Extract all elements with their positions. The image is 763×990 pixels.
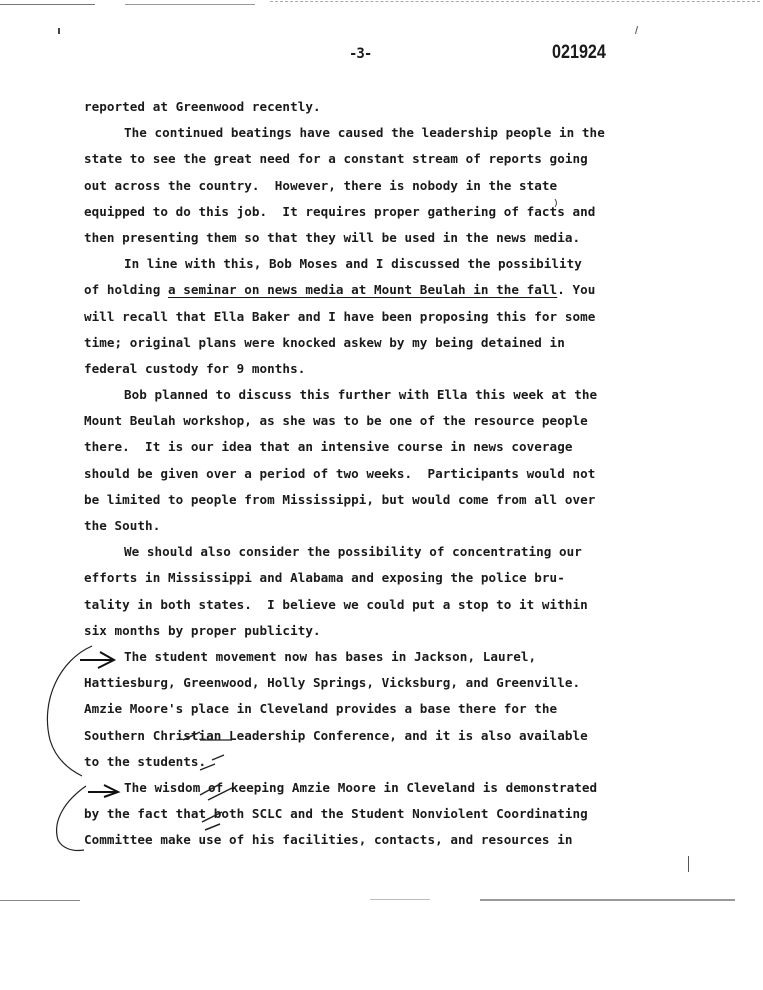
scan-artifact-line <box>0 900 80 901</box>
text-line: to the students. <box>84 749 644 775</box>
text-line: Committee make use of his facilities, co… <box>84 827 644 853</box>
scan-artifact-line <box>270 1 760 2</box>
scan-artifact-line <box>370 899 430 900</box>
text-line: reported at Greenwood recently. <box>84 94 644 120</box>
scan-artifact-line <box>0 4 95 5</box>
text-line: equipped to do this job. It requires pro… <box>84 199 644 225</box>
scan-artifact-mark <box>635 26 638 34</box>
text-line: be limited to people from Mississippi, b… <box>84 487 644 513</box>
text-line: In line with this, Bob Moses and I discu… <box>84 251 644 277</box>
text-line: then presenting them so that they will b… <box>84 225 644 251</box>
text-line: We should also consider the possibility … <box>84 539 644 565</box>
text-line: The student movement now has bases in Ja… <box>84 644 644 670</box>
margin-bracket-lower-icon <box>57 786 86 851</box>
page-number: -3- <box>349 46 371 62</box>
text-line: six months by proper publicity. <box>84 618 644 644</box>
text-line: The continued beatings have caused the l… <box>84 120 644 146</box>
text-line: should be given over a period of two wee… <box>84 461 644 487</box>
text-line: by the fact that both SCLC and the Stude… <box>84 801 644 827</box>
text-line: time; original plans were knocked askew … <box>84 330 644 356</box>
text-line: Amzie Moore's place in Cleveland provide… <box>84 696 644 722</box>
text-line: state to see the great need for a consta… <box>84 146 644 172</box>
underlined-phrase: a seminar on news media at Mount Beulah … <box>168 282 557 297</box>
text-line: efforts in Mississippi and Alabama and e… <box>84 565 644 591</box>
scan-artifact-line <box>125 4 255 5</box>
text-line: tality in both states. I believe we coul… <box>84 592 644 618</box>
scan-artifact-line <box>480 899 735 901</box>
text-line: the South. <box>84 513 644 539</box>
text-segment: of holding <box>84 282 168 297</box>
text-segment: . You <box>557 282 595 297</box>
text-line: The wisdom of keeping Amzie Moore in Cle… <box>84 775 644 801</box>
text-line: federal custody for 9 months. <box>84 356 644 382</box>
scan-artifact-mark <box>688 856 689 872</box>
text-line: Bob planned to discuss this further with… <box>84 382 644 408</box>
text-line: there. It is our idea that an intensive … <box>84 434 644 460</box>
text-line-with-underline: of holding a seminar on news media at Mo… <box>84 277 644 303</box>
document-body: reported at Greenwood recently. The cont… <box>84 94 644 853</box>
text-line: Hattiesburg, Greenwood, Holly Springs, V… <box>84 670 644 696</box>
text-line: will recall that Ella Baker and I have b… <box>84 304 644 330</box>
scan-artifact-mark <box>58 28 60 34</box>
text-line: Mount Beulah workshop, as she was to be … <box>84 408 644 434</box>
text-line: Southern Christian Leadership Conference… <box>84 723 644 749</box>
text-line: out across the country. However, there i… <box>84 173 644 199</box>
document-id: 021924 <box>552 42 606 64</box>
